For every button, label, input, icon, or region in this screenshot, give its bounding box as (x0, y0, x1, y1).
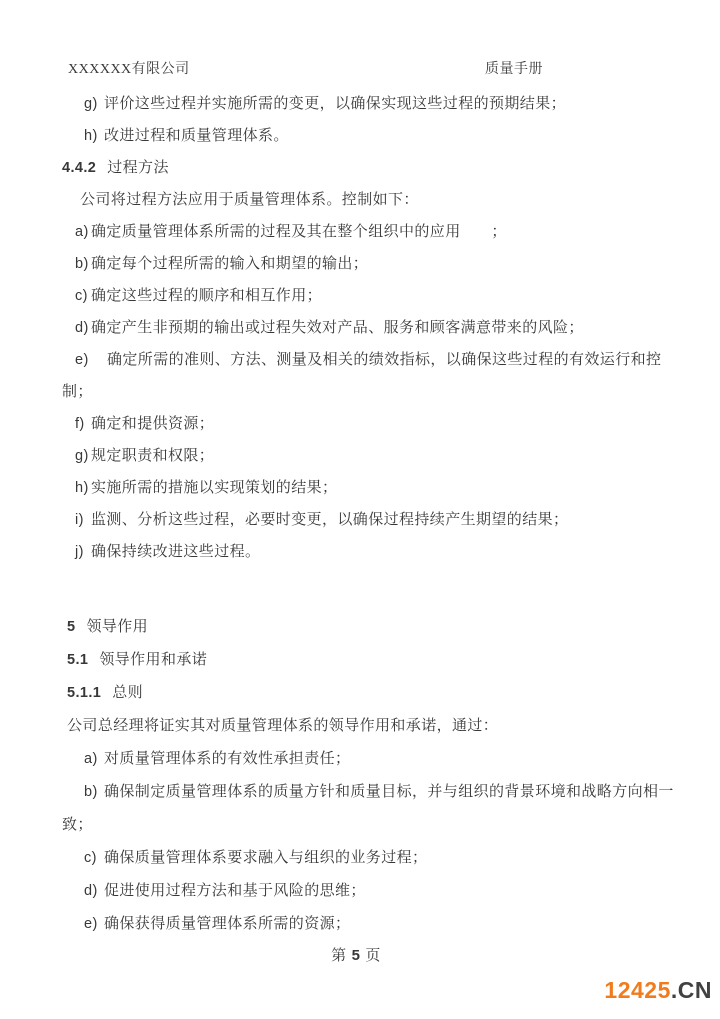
list-item: e)确保获得质量管理体系所需的资源； (62, 908, 650, 941)
company-name: XXXXXX有限公司 (68, 62, 190, 78)
item-text: 确定这些过程的顺序和相互作用； (91, 288, 322, 304)
list-item: g)规定职责和权限； (62, 440, 650, 472)
item-marker: e) (75, 344, 107, 376)
paragraph: 公司将过程方法应用于质量管理体系。控制如下： (62, 184, 650, 216)
item-text: 促进使用过程方法和基于风险的思维； (104, 883, 366, 899)
heading-number: 4.4.2 (62, 160, 96, 176)
watermark-number: 12425 (604, 977, 670, 1003)
item-marker: c) (75, 280, 91, 312)
item-marker: f) (75, 408, 91, 440)
item-marker: b) (84, 776, 104, 809)
document-page: XXXXXX有限公司 质量手册 g)评价这些过程并实施所需的变更，以确保实现这些… (0, 0, 720, 1019)
item-text: 确保制定质量管理体系的质量方针和质量目标，并与组织的背景环境和战略方向相一 (104, 784, 674, 800)
item-text: 确定所需的准则、方法、测量及相关的绩效指标，以确保这些过程的有效运行和控 (107, 352, 661, 368)
item-marker: d) (75, 312, 91, 344)
heading-title: 总则 (112, 685, 143, 701)
heading-title: 过程方法 (107, 160, 169, 176)
list-item: b)确定每个过程所需的输入和期望的输出； (62, 248, 650, 280)
list-item: g)评价这些过程并实施所需的变更，以确保实现这些过程的预期结果； (62, 88, 650, 120)
watermark-tld: .CN (671, 977, 712, 1003)
item-marker: e) (84, 908, 104, 941)
item-text: 确保持续改进这些过程。 (91, 544, 260, 560)
list-item: f)确定和提供资源； (62, 408, 650, 440)
list-item: a)确定质量管理体系所需的过程及其在整个组织中的应用 ； (62, 216, 650, 248)
section-gap (62, 568, 650, 611)
list-item: a)对质量管理体系的有效性承担责任； (62, 743, 650, 776)
item-marker: a) (84, 743, 104, 776)
heading-number: 5.1.1 (67, 685, 101, 701)
item-marker: c) (84, 842, 104, 875)
list-item: d)确定产生非预期的输出或过程失效对产品、服务和顾客满意带来的风险； (62, 312, 650, 344)
paragraph: 公司总经理将证实其对质量管理体系的领导作用和承诺，通过： (62, 710, 650, 743)
heading-number: 5 (67, 619, 75, 635)
item-text: 规定职责和权限； (91, 448, 214, 464)
item-text: 对质量管理体系的有效性承担责任； (104, 751, 350, 767)
list-item: h)改进过程和质量管理体系。 (62, 120, 650, 152)
section-heading-5-1: 5.1领导作用和承诺 (62, 644, 650, 677)
item-text: 确定每个过程所需的输入和期望的输出； (91, 256, 368, 272)
item-text: 确保获得质量管理体系所需的资源； (104, 916, 350, 932)
section-heading-5-1-1: 5.1.1总则 (62, 677, 650, 710)
item-text: 评价这些过程并实施所需的变更，以确保实现这些过程的预期结果； (104, 96, 566, 112)
list-item: e)确定所需的准则、方法、测量及相关的绩效指标，以确保这些过程的有效运行和控 (62, 344, 650, 376)
item-marker: b) (75, 248, 91, 280)
item-text: 确定质量管理体系所需的过程及其在整个组织中的应用 ； (91, 224, 507, 240)
item-text: 监测、分析这些过程，必要时变更，以确保过程持续产生期望的结果； (91, 512, 568, 528)
heading-title: 领导作用 (86, 619, 148, 635)
doc-title: 质量手册 (485, 62, 543, 78)
item-marker: h) (75, 472, 91, 504)
item-marker: a) (75, 216, 91, 248)
item-marker: g) (84, 88, 104, 120)
item-text: 确定和提供资源； (91, 416, 214, 432)
watermark: 12425.CN (604, 979, 712, 1002)
page-number: 5 (352, 947, 361, 964)
item-marker: d) (84, 875, 104, 908)
list-item: h)实施所需的措施以实现策划的结果； (62, 472, 650, 504)
heading-title: 领导作用和承诺 (99, 652, 207, 668)
item-marker: j) (75, 536, 91, 568)
list-item-continuation: 制； (62, 376, 650, 408)
list-item: c)确保质量管理体系要求融入与组织的业务过程； (62, 842, 650, 875)
page-header: XXXXXX有限公司 质量手册 (0, 0, 720, 78)
page-indicator-suffix: 页 (365, 948, 381, 964)
document-body: g)评价这些过程并实施所需的变更，以确保实现这些过程的预期结果； h)改进过程和… (0, 88, 720, 941)
page-indicator-prefix: 第 (331, 948, 347, 964)
item-text: 改进过程和质量管理体系。 (104, 128, 289, 144)
list-item: b)确保制定质量管理体系的质量方针和质量目标，并与组织的背景环境和战略方向相一 (62, 776, 650, 809)
item-text: 确保质量管理体系要求融入与组织的业务过程； (104, 850, 427, 866)
item-marker: g) (75, 440, 91, 472)
page-footer: 第5页 (0, 943, 720, 969)
item-text: 实施所需的措施以实现策划的结果； (91, 480, 337, 496)
list-item: i)监测、分析这些过程，必要时变更，以确保过程持续产生期望的结果； (62, 504, 650, 536)
list-item: d)促进使用过程方法和基于风险的思维； (62, 875, 650, 908)
item-marker: i) (75, 504, 91, 536)
item-marker: h) (84, 120, 104, 152)
section-heading-4-4-2: 4.4.2过程方法 (62, 152, 650, 184)
heading-number: 5.1 (67, 652, 88, 668)
list-item: c)确定这些过程的顺序和相互作用； (62, 280, 650, 312)
list-item-continuation: 致； (62, 809, 650, 842)
item-text: 确定产生非预期的输出或过程失效对产品、服务和顾客满意带来的风险； (91, 320, 584, 336)
list-item: j)确保持续改进这些过程。 (62, 536, 650, 568)
section-heading-5: 5领导作用 (62, 611, 650, 644)
